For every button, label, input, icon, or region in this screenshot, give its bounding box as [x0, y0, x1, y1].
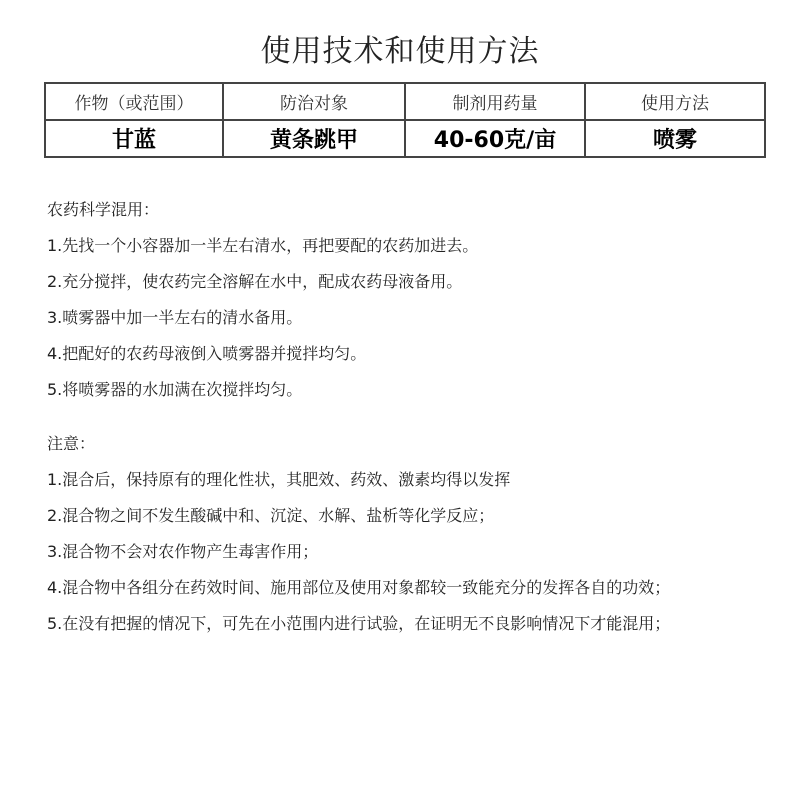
- header-dosage: 制剂用药量: [405, 83, 585, 120]
- mixing-heading: 农药科学混用：: [47, 192, 478, 228]
- note-item: 4.混合物中各组分在药效时间、施用部位及使用对象都较一致能充分的发挥各自的功效；: [47, 570, 670, 606]
- notes-section: 注意： 1.混合后，保持原有的理化性状，其肥效、药效、激素均得以发挥 2.混合物…: [47, 426, 670, 642]
- header-crop: 作物（或范围）: [45, 83, 223, 120]
- mixing-step: 5.将喷雾器的水加满在次搅拌均匀。: [47, 372, 478, 408]
- page-title: 使用技术和使用方法: [0, 30, 800, 74]
- header-method: 使用方法: [585, 83, 765, 120]
- cell-target: 黄条跳甲: [223, 120, 405, 157]
- cell-crop: 甘蓝: [45, 120, 223, 157]
- mixing-step: 1.先找一个小容器加一半左右清水，再把要配的农药加进去。: [47, 228, 478, 264]
- usage-table: 作物（或范围） 防治对象 制剂用药量 使用方法 甘蓝 黄条跳甲 40-60克/亩…: [44, 82, 766, 158]
- note-item: 5.在没有把握的情况下，可先在小范围内进行试验，在证明无不良影响情况下才能混用；: [47, 606, 670, 642]
- table-row: 甘蓝 黄条跳甲 40-60克/亩 喷雾: [45, 120, 765, 157]
- cell-dosage: 40-60克/亩: [405, 120, 585, 157]
- mixing-step: 3.喷雾器中加一半左右的清水备用。: [47, 300, 478, 336]
- note-item: 3.混合物不会对农作物产生毒害作用；: [47, 534, 670, 570]
- table-header-row: 作物（或范围） 防治对象 制剂用药量 使用方法: [45, 83, 765, 120]
- note-item: 2.混合物之间不发生酸碱中和、沉淀、水解、盐析等化学反应；: [47, 498, 670, 534]
- mixing-step: 4.把配好的农药母液倒入喷雾器并搅拌均匀。: [47, 336, 478, 372]
- mixing-step: 2.充分搅拌，使农药完全溶解在水中，配成农药母液备用。: [47, 264, 478, 300]
- header-target: 防治对象: [223, 83, 405, 120]
- cell-method: 喷雾: [585, 120, 765, 157]
- note-item: 1.混合后，保持原有的理化性状，其肥效、药效、激素均得以发挥: [47, 462, 670, 498]
- mixing-section: 农药科学混用： 1.先找一个小容器加一半左右清水，再把要配的农药加进去。 2.充…: [47, 192, 478, 408]
- notes-heading: 注意：: [47, 426, 670, 462]
